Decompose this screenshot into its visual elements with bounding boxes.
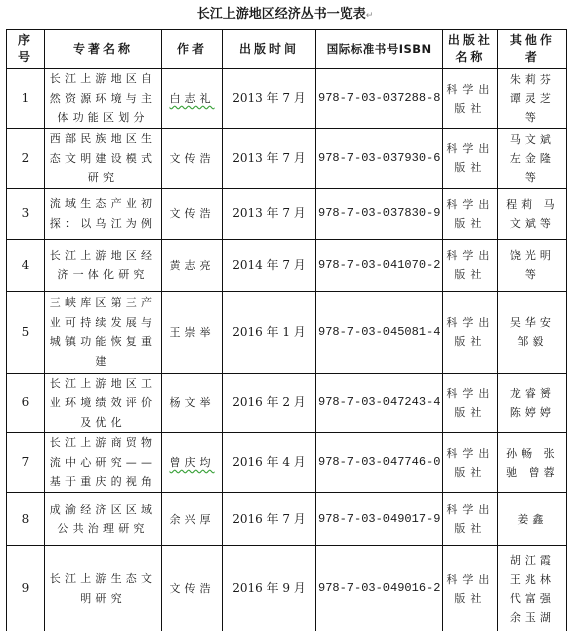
author-value: 文传浩 — [170, 207, 215, 220]
cell-book-title: 长江上游商贸物流中心研究——基于重庆的视角 — [45, 433, 162, 493]
other-author-line: 吴华安 — [510, 316, 555, 329]
header-other-authors: 其他作者 — [498, 30, 567, 69]
cell-index: 6 — [7, 373, 45, 433]
index-value: 4 — [22, 258, 30, 272]
cell-other-authors: 胡江霞王兆林代富强余玉湖 — [498, 546, 567, 631]
cell-publisher: 科学出版社 — [443, 188, 498, 239]
header-pub-date: 出版时间 — [223, 30, 316, 69]
cell-other-authors: 朱莉芬谭灵芝等 — [498, 69, 567, 129]
book-title-line: 城镇功能恢复重 — [50, 335, 156, 348]
publisher-value: 科学出版社 — [446, 316, 494, 348]
cell-author: 文传浩 — [162, 129, 223, 189]
author-value: 王崇举 — [170, 326, 215, 339]
other-author-line: 代富强 — [510, 592, 555, 605]
cell-book-title: 长江上游地区工业环境绩效评价及优化 — [45, 373, 162, 433]
author-value: 曾庆均 — [170, 456, 215, 469]
book-title-line: 长江上游生态文 — [50, 572, 156, 585]
other-author-line: 孙畅 张 — [506, 447, 559, 460]
other-author-line: 程莉 马 — [506, 198, 559, 211]
cell-pub-date: 2013 年 7 月 — [223, 129, 316, 189]
pub-date-value: 2016 年 7 月 — [232, 512, 306, 526]
pub-date-value: 2016 年 1 月 — [232, 325, 306, 339]
publisher-value: 科学出版社 — [446, 142, 494, 174]
cell-pub-date: 2016 年 9 月 — [223, 546, 316, 631]
table-row: 2西部民族地区生态文明建设模式研究文传浩2013 年 7 月978-7-03-0… — [7, 129, 567, 189]
isbn-value: 978-7-03-045081-4 — [318, 325, 440, 339]
index-value: 7 — [22, 455, 30, 469]
book-title-line: 基于重庆的视角 — [50, 475, 156, 488]
cell-author: 文传浩 — [162, 546, 223, 631]
table-row: 6长江上游地区工业环境绩效评价及优化杨文举2016 年 2 月978-7-03-… — [7, 373, 567, 433]
other-author-line: 左金隆 — [510, 152, 555, 165]
author-value: 余兴厚 — [170, 513, 215, 526]
isbn-value: 978-7-03-037930-6 — [318, 151, 440, 165]
cell-author: 曾庆均 — [162, 433, 223, 493]
cell-pub-date: 2016 年 2 月 — [223, 373, 316, 433]
table-row: 1长江上游地区自然资源环境与主体功能区划分白志礼2013 年 7 月978-7-… — [7, 69, 567, 129]
pub-date-value: 2014 年 7 月 — [232, 258, 306, 272]
cell-other-authors: 吴华安邹毅 — [498, 291, 567, 373]
cell-publisher: 科学出版社 — [443, 433, 498, 493]
cell-other-authors: 姜鑫 — [498, 493, 567, 546]
cell-book-title: 长江上游地区自然资源环境与主体功能区划分 — [45, 69, 162, 129]
cell-book-title: 长江上游生态文明研究 — [45, 546, 162, 631]
table-header-row: 序号 专著名称 作者 出版时间 国际标准书号ISBN 出版社名称 其他作者 — [7, 30, 567, 69]
cell-publisher: 科学出版社 — [443, 291, 498, 373]
book-title-line: 态文明建设模式 — [50, 152, 156, 165]
cell-author: 余兴厚 — [162, 493, 223, 546]
other-author-line: 马文斌 — [510, 133, 555, 146]
isbn-value: 978-7-03-049017-9 — [318, 512, 440, 526]
pub-date-value: 2016 年 9 月 — [232, 581, 306, 595]
cell-index: 5 — [7, 291, 45, 373]
book-title-line: 流域生态产业初 — [50, 197, 156, 210]
index-value: 9 — [22, 581, 30, 595]
book-title-line: 明研究 — [80, 592, 126, 605]
cell-isbn: 978-7-03-037288-8 — [316, 69, 443, 129]
header-index-line: 序 — [18, 33, 33, 47]
cell-index: 9 — [7, 546, 45, 631]
header-index-line: 号 — [18, 50, 33, 64]
book-title-line: 成渝经济区区域 — [50, 503, 156, 516]
cell-index: 2 — [7, 129, 45, 189]
cell-book-title: 流域生态产业初探：以乌江为例 — [45, 188, 162, 239]
cell-book-title: 长江上游地区经济一体化研究 — [45, 239, 162, 291]
pub-date-value: 2013 年 7 月 — [232, 151, 306, 165]
cell-publisher: 科学出版社 — [443, 373, 498, 433]
paragraph-mark-icon: ↵ — [366, 11, 374, 21]
header-publisher-line: 出版社 — [448, 33, 493, 47]
cell-other-authors: 龙睿赟陈婷婷 — [498, 373, 567, 433]
cell-isbn: 978-7-03-041070-2 — [316, 239, 443, 291]
book-title-line: 三峡库区第三产 — [50, 296, 156, 309]
cell-other-authors: 程莉 马文斌等 — [498, 188, 567, 239]
isbn-value: 978-7-03-049016-2 — [318, 581, 440, 595]
cell-book-title: 三峡库区第三产业可持续发展与城镇功能恢复重建 — [45, 291, 162, 373]
cell-author: 黄志亮 — [162, 239, 223, 291]
cell-pub-date: 2014 年 7 月 — [223, 239, 316, 291]
cell-isbn: 978-7-03-037930-6 — [316, 129, 443, 189]
book-title-line: 然资源环境与主 — [50, 92, 156, 105]
document-title-text: 长江上游地区经济丛书一览表 — [197, 7, 366, 22]
document-title: 长江上游地区经济丛书一览表↵ — [0, 3, 570, 22]
pub-date-value: 2016 年 4 月 — [232, 455, 306, 469]
book-title-line: 建 — [95, 355, 110, 368]
publisher-value: 科学出版社 — [446, 387, 494, 419]
author-value: 文传浩 — [170, 152, 215, 165]
publisher-value: 科学出版社 — [446, 83, 494, 115]
cell-publisher: 科学出版社 — [443, 239, 498, 291]
header-isbn: 国际标准书号ISBN — [316, 30, 443, 69]
header-author: 作者 — [162, 30, 223, 69]
header-book-title: 专著名称 — [45, 30, 162, 69]
cell-pub-date: 2013 年 7 月 — [223, 69, 316, 129]
index-value: 1 — [22, 91, 30, 105]
cell-isbn: 978-7-03-049017-9 — [316, 493, 443, 546]
cell-index: 3 — [7, 188, 45, 239]
publisher-value: 科学出版社 — [446, 249, 494, 281]
cell-publisher: 科学出版社 — [443, 493, 498, 546]
book-title-line: 西部民族地区生 — [50, 132, 156, 145]
index-value: 2 — [22, 151, 30, 165]
cell-publisher: 科学出版社 — [443, 129, 498, 189]
other-author-line: 饶光明 — [510, 249, 555, 262]
other-author-line: 胡江霞 — [510, 554, 555, 567]
publisher-value: 科学出版社 — [446, 198, 494, 230]
header-index: 序号 — [7, 30, 45, 69]
cell-isbn: 978-7-03-045081-4 — [316, 291, 443, 373]
publisher-value: 科学出版社 — [446, 573, 494, 605]
book-title-line: 体功能区划分 — [57, 111, 148, 124]
cell-other-authors: 马文斌左金隆等 — [498, 129, 567, 189]
book-title-line: 长江上游地区自 — [50, 72, 156, 85]
other-author-line: 等 — [525, 268, 540, 281]
book-title-line: 业可持续发展与 — [50, 316, 156, 329]
book-title-line: 长江上游地区工 — [50, 377, 156, 390]
cell-other-authors: 饶光明等 — [498, 239, 567, 291]
other-author-line: 姜鑫 — [517, 513, 547, 526]
other-author-line: 余玉湖 — [510, 611, 555, 624]
table-row: 4长江上游地区经济一体化研究黄志亮2014 年 7 月978-7-03-0410… — [7, 239, 567, 291]
cell-index: 7 — [7, 433, 45, 493]
cell-publisher: 科学出版社 — [443, 546, 498, 631]
isbn-value: 978-7-03-047746-0 — [318, 455, 440, 469]
cell-author: 白志礼 — [162, 69, 223, 129]
cell-isbn: 978-7-03-047243-4 — [316, 373, 443, 433]
cell-author: 文传浩 — [162, 188, 223, 239]
other-author-line: 邹毅 — [517, 335, 547, 348]
index-value: 5 — [22, 325, 30, 339]
cell-pub-date: 2013 年 7 月 — [223, 188, 316, 239]
pub-date-value: 2013 年 7 月 — [232, 206, 306, 220]
book-title-line: 长江上游地区经 — [50, 249, 156, 262]
header-other-line: 其他作 — [510, 33, 555, 47]
table-row: 9长江上游生态文明研究文传浩2016 年 9 月978-7-03-049016-… — [7, 546, 567, 631]
index-value: 6 — [22, 395, 30, 409]
cell-pub-date: 2016 年 7 月 — [223, 493, 316, 546]
other-author-line: 等 — [525, 171, 540, 184]
book-title-line: 长江上游商贸物 — [50, 436, 156, 449]
author-value: 黄志亮 — [170, 259, 215, 272]
index-value: 3 — [22, 206, 30, 220]
other-author-line: 龙睿赟 — [510, 387, 555, 400]
cell-isbn: 978-7-03-047746-0 — [316, 433, 443, 493]
index-value: 8 — [22, 512, 30, 526]
table-row: 5三峡库区第三产业可持续发展与城镇功能恢复重建王崇举2016 年 1 月978-… — [7, 291, 567, 373]
table-row: 3流域生态产业初探：以乌江为例文传浩2013 年 7 月978-7-03-037… — [7, 188, 567, 239]
isbn-value: 978-7-03-037288-8 — [318, 91, 440, 105]
isbn-value: 978-7-03-037830-9 — [318, 206, 440, 220]
publisher-value: 科学出版社 — [446, 447, 494, 479]
cell-book-title: 成渝经济区区域公共治理研究 — [45, 493, 162, 546]
cell-index: 1 — [7, 69, 45, 129]
other-author-line: 朱莉芬 — [510, 73, 555, 86]
other-author-line: 等 — [525, 111, 540, 124]
book-series-table: 序号 专著名称 作者 出版时间 国际标准书号ISBN 出版社名称 其他作者 1长… — [6, 29, 567, 631]
cell-pub-date: 2016 年 4 月 — [223, 433, 316, 493]
book-title-line: 研究 — [88, 171, 118, 184]
other-author-line: 谭灵芝 — [510, 92, 555, 105]
cell-pub-date: 2016 年 1 月 — [223, 291, 316, 373]
isbn-value: 978-7-03-047243-4 — [318, 395, 440, 409]
author-value: 白志礼 — [170, 92, 215, 105]
book-title-line: 济一体化研究 — [57, 268, 148, 281]
isbn-value: 978-7-03-041070-2 — [318, 258, 440, 272]
header-publisher-line: 名称 — [455, 50, 485, 64]
pub-date-value: 2016 年 2 月 — [232, 395, 306, 409]
cell-author: 杨文举 — [162, 373, 223, 433]
author-value: 文传浩 — [170, 582, 215, 595]
other-author-line: 王兆林 — [510, 573, 555, 586]
table-row: 7长江上游商贸物流中心研究——基于重庆的视角曾庆均2016 年 4 月978-7… — [7, 433, 567, 493]
book-title-line: 探：以乌江为例 — [50, 217, 156, 230]
publisher-value: 科学出版社 — [446, 503, 494, 535]
table-row: 8成渝经济区区域公共治理研究余兴厚2016 年 7 月978-7-03-0490… — [7, 493, 567, 546]
cell-isbn: 978-7-03-049016-2 — [316, 546, 443, 631]
cell-publisher: 科学出版社 — [443, 69, 498, 129]
header-other-line: 者 — [525, 50, 540, 64]
other-author-line: 驰 曾蓉 — [506, 466, 559, 479]
author-value: 杨文举 — [170, 396, 215, 409]
cell-book-title: 西部民族地区生态文明建设模式研究 — [45, 129, 162, 189]
pub-date-value: 2013 年 7 月 — [232, 91, 306, 105]
other-author-line: 陈婷婷 — [510, 406, 555, 419]
cell-author: 王崇举 — [162, 291, 223, 373]
book-title-line: 公共治理研究 — [57, 522, 148, 535]
other-author-line: 文斌等 — [510, 217, 555, 230]
header-publisher: 出版社名称 — [443, 30, 498, 69]
cell-isbn: 978-7-03-037830-9 — [316, 188, 443, 239]
book-title-line: 流中心研究—— — [50, 456, 156, 469]
book-title-line: 业环境绩效评价 — [50, 396, 156, 409]
cell-index: 8 — [7, 493, 45, 546]
book-title-line: 及优化 — [80, 416, 126, 429]
cell-index: 4 — [7, 239, 45, 291]
cell-other-authors: 孙畅 张驰 曾蓉 — [498, 433, 567, 493]
